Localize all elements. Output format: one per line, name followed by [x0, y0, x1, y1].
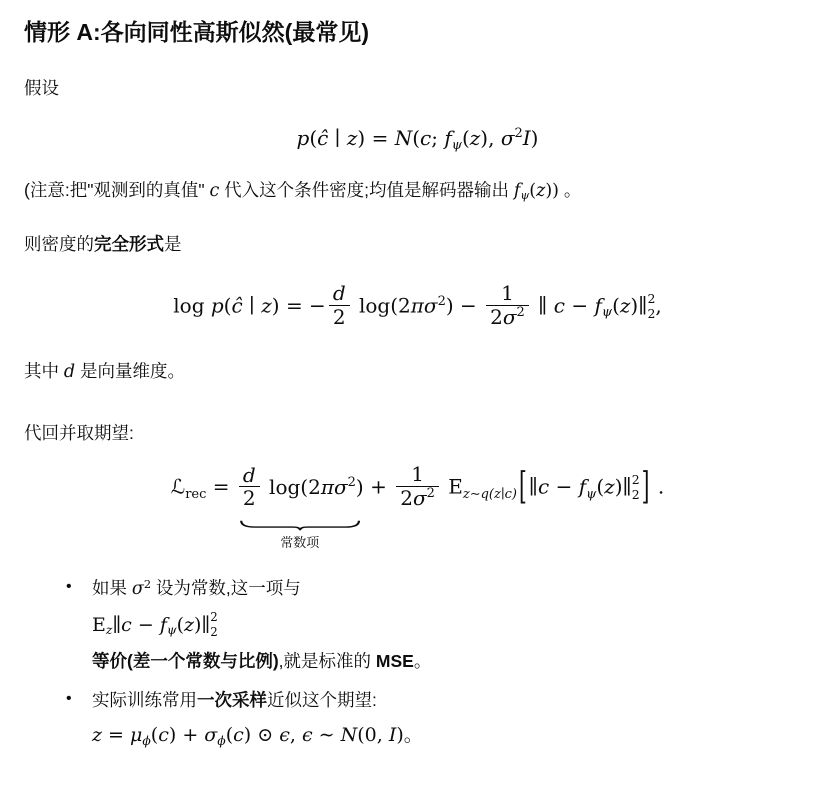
bullet-text-line: 如果 σ2 设为常数,这一项与: [92, 575, 811, 603]
math-token: c: [554, 294, 565, 318]
math-token: ,: [290, 724, 302, 746]
math-token: (: [462, 126, 470, 150]
math-token: 2: [517, 305, 525, 320]
math-token: z: [106, 623, 113, 637]
underbrace-group: d2 log(2πσ2)常数项: [236, 466, 364, 512]
math-token: f: [160, 614, 167, 636]
math-token: ∥: [112, 614, 121, 636]
math-token: 2: [400, 486, 413, 510]
formula-log-density: log p(ĉ ∣ z) = −d2 log(2πσ2) − 12σ2 ∥ c …: [24, 284, 811, 330]
math-token: c: [538, 475, 549, 499]
math-token: ): [531, 126, 539, 150]
math-token: 2: [490, 305, 503, 329]
math-token: 是: [164, 234, 182, 254]
math-token: N: [395, 126, 413, 150]
math-token: z: [92, 724, 102, 746]
subscript: 2: [210, 625, 218, 640]
bullet-list: 如果 σ2 设为常数,这一项与 Ez∥c − fψ(z)∥22 等价(差一个常数…: [24, 575, 811, 751]
list-item-mse-equivalence: 如果 σ2 设为常数,这一项与 Ez∥c − fψ(z)∥22 等价(差一个常数…: [92, 575, 811, 675]
math-token: z∼q(z∣c): [463, 487, 517, 502]
math-token: ϕ: [142, 734, 150, 748]
bullet-math-line: z = μϕ(c) + σϕ(c) ⊙ ϵ, ϵ ∼ N(0, I)。: [92, 721, 811, 750]
bullet-text-line: 实际训练常用一次采样近似这个期望:: [92, 687, 811, 714]
math-fraction: d2: [239, 464, 260, 510]
math-token: (: [612, 294, 620, 318]
math-token: ∥: [529, 475, 538, 499]
paragraph-note: (注意:把"观测到的真值" c 代入这个条件密度;均值是解码器输出 fψ(z))…: [24, 177, 811, 205]
math-token: ϵ: [279, 724, 290, 746]
math-token: p: [211, 294, 224, 318]
math-token: c: [420, 126, 431, 150]
math-token: (: [596, 475, 604, 499]
fraction-numerator: 1: [396, 463, 439, 485]
math-token: MSE: [376, 651, 414, 671]
math-token: (: [226, 724, 233, 746]
superscript: 2: [210, 610, 218, 625]
math-token: 2: [514, 126, 522, 141]
fraction-numerator: 1: [486, 282, 529, 304]
math-token: 1: [501, 281, 514, 305]
fraction-numerator: d: [239, 464, 260, 486]
math-token: ) = −: [272, 294, 326, 318]
fraction-denominator: 2σ2: [486, 305, 529, 329]
math-token: ψ: [452, 138, 462, 153]
math-token: ĉ: [231, 294, 242, 318]
math-token: (: [177, 614, 184, 636]
math-fraction: d2: [329, 282, 350, 328]
math-token: ): [356, 475, 364, 499]
fraction-denominator: 2: [329, 305, 350, 328]
math-token: 等价(差一个常数与比例): [92, 651, 279, 671]
math-token: 假设: [24, 78, 59, 98]
math-supsub: 22: [647, 291, 655, 322]
fraction-denominator: 2σ2: [396, 486, 439, 510]
math-token: f: [594, 294, 601, 318]
math-token: σ: [424, 294, 438, 318]
math-token: ψ: [586, 487, 596, 502]
document-body: 情形 A:各向同性高斯似然(最常见) 假设 p(ĉ ∣ z) = N(c; fψ…: [0, 0, 837, 751]
math-token: 。: [404, 724, 423, 746]
math-token: ,: [655, 294, 661, 318]
math-supsub: 22: [632, 472, 640, 503]
fraction-numerator: d: [329, 282, 350, 304]
math-token: N: [341, 724, 358, 746]
math-token: ]: [640, 463, 652, 509]
math-token: log(2: [263, 475, 321, 499]
math-token: c: [233, 724, 244, 746]
math-token: ψ: [602, 305, 612, 320]
math-token: ∣: [243, 294, 262, 318]
math-token: log(2: [353, 294, 411, 318]
math-token: ℒ: [171, 475, 185, 499]
math-fraction: 12σ2: [396, 463, 439, 509]
math-token: ): [615, 475, 623, 499]
math-token: ϵ: [302, 724, 313, 746]
math-token: d: [64, 362, 75, 382]
math-token: 1: [411, 462, 424, 486]
paragraph-dimension: 其中 d 是向量维度。: [24, 358, 811, 386]
math-token: +: [364, 475, 393, 499]
math-token: 2: [348, 475, 356, 490]
math-token: ϕ: [217, 734, 225, 748]
math-token: z: [347, 126, 358, 150]
math-token: z: [620, 294, 631, 318]
page-title: 情形 A:各向同性高斯似然(最常见): [24, 18, 811, 48]
math-token: 2: [333, 305, 346, 329]
math-token: 设为常数,这一项与: [151, 578, 301, 598]
math-token: ψ: [167, 623, 177, 637]
subscript: 2: [647, 306, 655, 322]
math-token: ∥: [201, 614, 210, 636]
math-token: ∥: [638, 294, 647, 318]
math-token: z: [536, 181, 545, 201]
math-token: 如果: [92, 578, 132, 598]
math-token: E: [92, 614, 106, 636]
paragraph-density-intro: 则密度的完全形式是: [24, 231, 811, 258]
formula-reconstruction-loss: ℒrec = d2 log(2πσ2)常数项 + 12σ2 Ez∼q(z∣c)[…: [24, 465, 811, 511]
math-token: σ: [132, 579, 144, 599]
math-token: 2: [144, 577, 151, 591]
math-token: −: [549, 475, 578, 499]
math-token: ): [396, 724, 403, 746]
math-token: 。: [559, 180, 581, 200]
math-token: ) +: [169, 724, 204, 746]
math-token: σ: [501, 126, 515, 150]
math-token: −: [565, 294, 594, 318]
math-token: =: [102, 724, 130, 746]
math-token: d: [333, 281, 346, 305]
paragraph-assumption: 假设: [24, 75, 811, 102]
math-token: ) ⊙: [244, 724, 279, 746]
underbrace-icon: [240, 520, 360, 531]
math-token: p: [297, 126, 310, 150]
math-token: 。: [414, 651, 432, 671]
math-token: c: [209, 181, 219, 201]
math-token: c: [158, 724, 169, 746]
math-token: 实际训练常用: [92, 690, 197, 710]
math-token: z: [604, 475, 615, 499]
math-token: 2: [427, 486, 435, 501]
fraction-denominator: 2: [239, 486, 260, 509]
math-token: ),: [480, 126, 501, 150]
math-token: 完全形式: [94, 234, 164, 254]
math-token: )): [545, 181, 559, 201]
math-token: z: [470, 126, 481, 150]
math-token: 代回并取期望:: [24, 423, 134, 443]
math-token: ,就是标准的: [279, 651, 376, 671]
subscript: 2: [632, 487, 640, 503]
math-token: σ: [413, 486, 427, 510]
math-token: ) −: [446, 294, 483, 318]
math-token: π: [321, 475, 334, 499]
math-token: ∣: [328, 126, 347, 150]
superscript: 2: [632, 472, 640, 488]
math-token: log: [173, 294, 211, 318]
math-token: 2: [438, 294, 446, 309]
math-token: μ: [130, 724, 142, 746]
math-token: σ: [204, 724, 217, 746]
math-token: z: [184, 614, 194, 636]
math-token: f: [444, 126, 451, 150]
math-token: z: [261, 294, 272, 318]
math-token: rec: [185, 487, 206, 502]
math-token: (: [412, 126, 420, 150]
math-token: 2: [243, 486, 256, 510]
math-token: 其中: [24, 361, 64, 381]
bullet-math-line: Ez∥c − fψ(z)∥22: [92, 611, 811, 641]
math-token: (0,: [357, 724, 389, 746]
math-token: −: [132, 614, 160, 636]
math-token: I: [523, 126, 531, 150]
math-token: ;: [431, 126, 444, 150]
math-token: 则密度的: [24, 234, 94, 254]
math-token: c: [121, 614, 132, 636]
math-token: d: [243, 463, 256, 487]
math-token: ĉ: [317, 126, 328, 150]
math-token: [: [517, 463, 529, 509]
math-token: 一次采样: [197, 690, 267, 710]
underbrace-label: 常数项: [280, 535, 319, 551]
paragraph-expectation-intro: 代回并取期望:: [24, 420, 811, 447]
math-token: π: [411, 294, 424, 318]
superscript: 2: [647, 291, 655, 307]
math-token: 是向量维度。: [75, 361, 185, 381]
math-token: =: [206, 475, 235, 499]
bullet-text-line: 等价(差一个常数与比例),就是标准的 MSE。: [92, 648, 811, 675]
math-token: ∥: [623, 475, 632, 499]
math-token: σ: [334, 475, 348, 499]
math-token: ∼: [313, 724, 341, 746]
math-token: σ: [503, 305, 517, 329]
math-token: ∥: [532, 294, 554, 318]
math-fraction: 12σ2: [486, 282, 529, 328]
formula-gaussian-likelihood: p(ĉ ∣ z) = N(c; fψ(z), σ2I): [24, 126, 811, 151]
math-token: (: [309, 126, 317, 150]
underbrace-content: d2 log(2πσ2): [236, 475, 364, 499]
math-supsub: 22: [210, 610, 218, 639]
math-token: 代入这个条件密度;均值是解码器输出: [219, 180, 514, 200]
math-token: ) =: [357, 126, 394, 150]
list-item-single-sample: 实际训练常用一次采样近似这个期望: z = μϕ(c) + σϕ(c) ⊙ ϵ,…: [92, 687, 811, 751]
math-token: (注意:把"观测到的真值": [24, 180, 209, 200]
math-token: 近似这个期望:: [267, 690, 377, 710]
math-token: ψ: [520, 188, 529, 202]
math-token: E: [442, 475, 463, 499]
math-token: .: [651, 475, 664, 499]
